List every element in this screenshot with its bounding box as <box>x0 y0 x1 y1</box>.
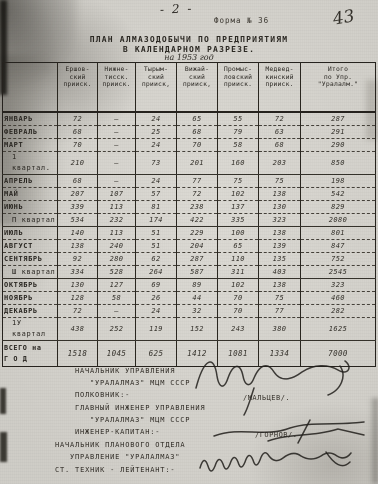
value-cell: 240 <box>98 240 136 253</box>
row-label: СЕНТЯБРЬ <box>3 253 58 266</box>
value-cell: 1045 <box>98 341 136 367</box>
value-cell: 65 <box>218 240 259 253</box>
column-header: Медвед- кинский прииск. <box>259 63 301 113</box>
value-cell: 68 <box>58 175 98 188</box>
row-label: П квартал <box>3 214 58 227</box>
table-row: ОКТЯБРЬ1301276989102138323 <box>3 279 376 292</box>
value-cell: 135 <box>259 253 301 266</box>
row-label: ИЮНЬ <box>3 201 58 214</box>
value-cell: 58 <box>218 139 259 152</box>
table-row: Ш квартал3345282645873114032545 <box>3 266 376 279</box>
column-header: Тырым- ский прииск, <box>136 63 177 113</box>
value-cell: 73 <box>136 152 177 175</box>
value-cell: 72 <box>58 112 98 126</box>
value-cell: 77 <box>177 175 218 188</box>
value-cell: 77 <box>259 305 301 318</box>
value-cell: 81 <box>136 201 177 214</box>
value-cell: 1081 <box>218 341 259 367</box>
value-cell: 829 <box>301 201 376 214</box>
signature-title-3b: УПРАВЛЕНИЕ "УРАЛАЛМАЗ" <box>70 453 180 461</box>
value-cell: 335 <box>218 214 259 227</box>
value-cell: 130 <box>259 201 301 214</box>
table-row: АВГУСТ1382405120465139847 <box>3 240 376 253</box>
form-number-label: Форма № 36 <box>214 16 269 25</box>
value-cell: 229 <box>177 227 218 240</box>
value-cell: 128 <box>58 292 98 305</box>
row-label: АПРЕЛЬ <box>3 175 58 188</box>
value-cell: 57 <box>136 188 177 201</box>
value-cell: 203 <box>259 152 301 175</box>
value-cell: 339 <box>58 201 98 214</box>
value-cell: 75 <box>259 175 301 188</box>
value-cell: 100 <box>218 227 259 240</box>
row-label: МАРТ <box>3 139 58 152</box>
table-body: ЯНВАРЬ72–24655572287ФЕВРАЛЬ68–2568796329… <box>3 112 376 367</box>
table-row: МАЙ2071075772102138542 <box>3 188 376 201</box>
value-cell: 160 <box>218 152 259 175</box>
value-cell: – <box>98 112 136 126</box>
value-cell: 2080 <box>301 214 376 227</box>
value-cell: 119 <box>136 318 177 341</box>
value-cell: 201 <box>177 152 218 175</box>
table-row: П квартал5342321744223353232080 <box>3 214 376 227</box>
value-cell: 138 <box>58 240 98 253</box>
value-cell: 72 <box>259 112 301 126</box>
value-cell: 847 <box>301 240 376 253</box>
value-cell: 752 <box>301 253 376 266</box>
column-header: Промыс- ловский прииск. <box>218 63 259 113</box>
table-row: 1 квартал.210–73201160203850 <box>3 152 376 175</box>
value-cell: 210 <box>58 152 98 175</box>
value-cell: 68 <box>259 139 301 152</box>
value-cell: 75 <box>218 175 259 188</box>
value-cell: 75 <box>259 292 301 305</box>
signature-title-1b: "УРАЛАЛМАЗ" МЦМ СССР <box>90 379 190 387</box>
value-cell: 62 <box>136 253 177 266</box>
value-cell: 24 <box>136 139 177 152</box>
value-cell: 130 <box>58 279 98 292</box>
row-label: НОЯБРЬ <box>3 292 58 305</box>
value-cell: 625 <box>136 341 177 367</box>
value-cell: 140 <box>58 227 98 240</box>
value-cell: 70 <box>177 139 218 152</box>
value-cell: 113 <box>98 227 136 240</box>
value-cell: 290 <box>301 139 376 152</box>
value-cell: 534 <box>58 214 98 227</box>
value-cell: 138 <box>259 279 301 292</box>
row-label: ОКТЯБРЬ <box>3 279 58 292</box>
row-label: АВГУСТ <box>3 240 58 253</box>
value-cell: 138 <box>259 227 301 240</box>
value-cell: 528 <box>98 266 136 279</box>
value-cell: 25 <box>136 126 177 139</box>
value-cell: 24 <box>136 112 177 126</box>
value-cell: – <box>98 305 136 318</box>
value-cell: 51 <box>136 227 177 240</box>
value-cell: 323 <box>259 214 301 227</box>
value-cell: 1412 <box>177 341 218 367</box>
value-cell: 2545 <box>301 266 376 279</box>
table-row: ИЮНЬ33911381238137130829 <box>3 201 376 214</box>
column-header: Ершов- ский прииск. <box>58 63 98 113</box>
value-cell: 110 <box>218 253 259 266</box>
value-cell: 79 <box>218 126 259 139</box>
table-row: ФЕВРАЛЬ68–25687963291 <box>3 126 376 139</box>
value-cell: 72 <box>58 305 98 318</box>
value-cell: 113 <box>98 201 136 214</box>
signature-title-2b: "УРАЛАЛМАЗ" МЦМ СССР <box>90 416 190 424</box>
table-header: Ершов- ский прииск.Нижне- тисск. прииск.… <box>3 63 376 113</box>
signature-title-1a: НАЧАЛЬНИК УПРАВЛЕНИЯ <box>75 367 175 375</box>
value-cell: 137 <box>218 201 259 214</box>
document-subtitle-year: на 1953 год <box>0 53 378 62</box>
signature-name-1: /МАЛЬЦЕВ/. <box>243 394 290 402</box>
value-cell: 1625 <box>301 318 376 341</box>
value-cell: 44 <box>177 292 218 305</box>
value-cell: 280 <box>98 253 136 266</box>
table-row: ВСЕГО на Г О Д15181045625141210811334700… <box>3 341 376 367</box>
handwritten-signature-3 <box>196 448 356 478</box>
table-row: ИЮЛЬ14011351229100138801 <box>3 227 376 240</box>
row-label: ДЕКАБРЬ <box>3 305 58 318</box>
value-cell: 70 <box>218 305 259 318</box>
value-cell: 252 <box>98 318 136 341</box>
value-cell: 63 <box>259 126 301 139</box>
value-cell: 422 <box>177 214 218 227</box>
value-cell: 102 <box>218 279 259 292</box>
value-cell: 198 <box>301 175 376 188</box>
value-cell: 460 <box>301 292 376 305</box>
value-cell: 127 <box>98 279 136 292</box>
value-cell: 68 <box>177 126 218 139</box>
value-cell: 138 <box>259 188 301 201</box>
table-row: НОЯБРЬ1285826447075460 <box>3 292 376 305</box>
value-cell: 243 <box>218 318 259 341</box>
plan-table: Ершов- ский прииск.Нижне- тисск. прииск.… <box>2 62 376 367</box>
value-cell: 542 <box>301 188 376 201</box>
value-cell: 24 <box>136 305 177 318</box>
value-cell: 1518 <box>58 341 98 367</box>
value-cell: 32 <box>177 305 218 318</box>
signature-rank-3: СТ. ТЕХНИК - ЛЕЙТЕНАНТ:- <box>55 466 175 474</box>
value-cell: 264 <box>136 266 177 279</box>
value-cell: 1334 <box>259 341 301 367</box>
value-cell: 438 <box>58 318 98 341</box>
signature-rank-2: ИНЖЕНЕР-КАПИТАН:- <box>75 428 160 436</box>
value-cell: 65 <box>177 112 218 126</box>
table-row: МАРТ70–24705868290 <box>3 139 376 152</box>
value-cell: 26 <box>136 292 177 305</box>
scanned-document-page: - 2 - Форма № 36 43 ПЛАН АЛМАЗОДОБЫЧИ ПО… <box>0 0 378 484</box>
value-cell: 55 <box>218 112 259 126</box>
table-header-row: Ершов- ский прииск.Нижне- тисск. прииск.… <box>3 63 376 113</box>
value-cell: 204 <box>177 240 218 253</box>
table-row: ЯНВАРЬ72–24655572287 <box>3 112 376 126</box>
value-cell: 311 <box>218 266 259 279</box>
value-cell: – <box>98 126 136 139</box>
value-cell: 51 <box>136 240 177 253</box>
table-row: ДЕКАБРЬ72–24327077282 <box>3 305 376 318</box>
row-label: 1 квартал. <box>3 152 58 175</box>
value-cell: 334 <box>58 266 98 279</box>
row-label: ЯНВАРЬ <box>3 112 58 126</box>
value-cell: 291 <box>301 126 376 139</box>
signature-rank-1: ПОЛКОВНИК:- <box>75 391 130 399</box>
signature-title-3a: НАЧАЛЬНИК ПЛАНОВОГО ОТДЕЛА <box>55 441 185 449</box>
value-cell: 323 <box>301 279 376 292</box>
row-label: МАЙ <box>3 188 58 201</box>
handwritten-corner-mark: 43 <box>331 6 356 29</box>
value-cell: 207 <box>58 188 98 201</box>
row-label: ФЕВРАЛЬ <box>3 126 58 139</box>
value-cell: – <box>98 139 136 152</box>
table-row: 1У квартал4382521191522433801625 <box>3 318 376 341</box>
value-cell: – <box>98 152 136 175</box>
value-cell: 801 <box>301 227 376 240</box>
value-cell: 850 <box>301 152 376 175</box>
table-corner-cell <box>3 63 58 113</box>
row-label: ИЮЛЬ <box>3 227 58 240</box>
value-cell: 232 <box>98 214 136 227</box>
value-cell: 282 <box>301 305 376 318</box>
row-label: ВСЕГО на Г О Д <box>3 341 58 367</box>
value-cell: 92 <box>58 253 98 266</box>
value-cell: 139 <box>259 240 301 253</box>
value-cell: 24 <box>136 175 177 188</box>
signature-name-2: /ГОРНОВ/. <box>255 431 297 439</box>
value-cell: 587 <box>177 266 218 279</box>
column-header: Итого по Упр. "Уралалм." <box>301 63 376 113</box>
value-cell: 69 <box>136 279 177 292</box>
page-number: - 2 - <box>160 1 194 16</box>
column-header: Нижне- тисск. прииск. <box>98 63 136 113</box>
value-cell: 174 <box>136 214 177 227</box>
value-cell: 70 <box>218 292 259 305</box>
value-cell: 7000 <box>301 341 376 367</box>
row-label: Ш квартал <box>3 266 58 279</box>
document-title-line1: ПЛАН АЛМАЗОДОБЫЧИ ПО ПРЕДПРИЯТИЯМ <box>0 35 378 44</box>
value-cell: 287 <box>301 112 376 126</box>
value-cell: 70 <box>58 139 98 152</box>
signature-title-2a: ГЛАВНЫЙ ИНЖЕНЕР УПРАВЛЕНИЯ <box>75 404 205 412</box>
value-cell: 102 <box>218 188 259 201</box>
value-cell: – <box>98 175 136 188</box>
table-row: АПРЕЛЬ68–24777575198 <box>3 175 376 188</box>
value-cell: 287 <box>177 253 218 266</box>
value-cell: 403 <box>259 266 301 279</box>
value-cell: 68 <box>58 126 98 139</box>
value-cell: 152 <box>177 318 218 341</box>
column-header: Вижай- ский прииск, <box>177 63 218 113</box>
value-cell: 107 <box>98 188 136 201</box>
value-cell: 72 <box>177 188 218 201</box>
row-label: 1У квартал <box>3 318 58 341</box>
value-cell: 58 <box>98 292 136 305</box>
value-cell: 238 <box>177 201 218 214</box>
table-row: СЕНТЯБРЬ9228062287110135752 <box>3 253 376 266</box>
value-cell: 89 <box>177 279 218 292</box>
value-cell: 380 <box>259 318 301 341</box>
